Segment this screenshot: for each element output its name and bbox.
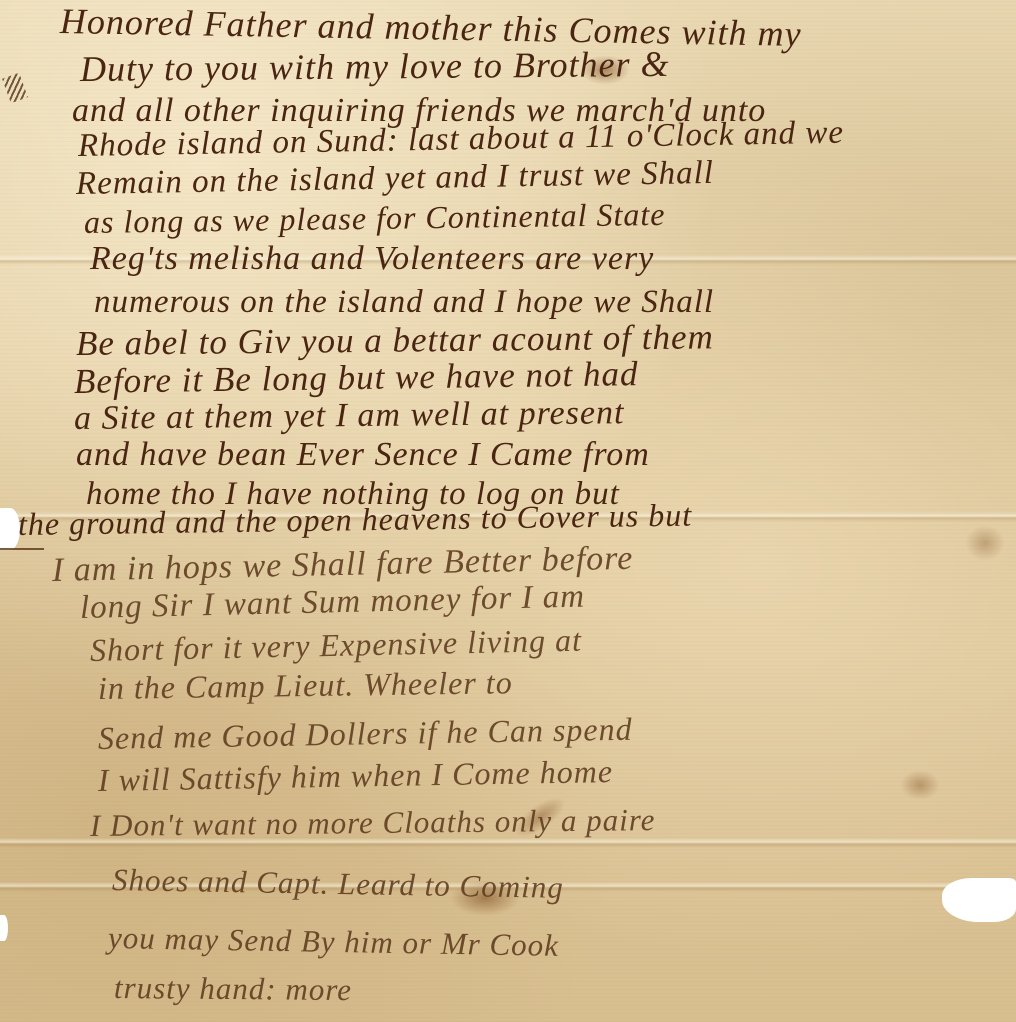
letter-line-18: in the Camp Lieut. Wheeler to bbox=[98, 664, 513, 707]
letter-line-20: I will Sattisfy him when I Come home bbox=[98, 753, 614, 799]
torn-edge bbox=[0, 915, 8, 941]
letter-line-22: Shoes and Capt. Leard to Coming bbox=[112, 862, 564, 906]
letter-line-11: a Site at them yet I am well at present bbox=[74, 394, 625, 438]
torn-hole bbox=[942, 878, 1016, 922]
margin-rule bbox=[0, 548, 44, 550]
letter-line-23: you may Send By him or Mr Cook bbox=[108, 920, 560, 964]
margin-scribble bbox=[2, 73, 28, 104]
letter-line-2: Duty to you with my love to Brother & bbox=[80, 43, 670, 90]
ink-stain bbox=[965, 525, 1005, 561]
letter-line-24: trusty hand: more bbox=[114, 970, 352, 1008]
letter-line-21: I Don't want no more Cloaths only a pair… bbox=[90, 802, 656, 844]
letter-line-17: Short for it very Expensive living at bbox=[90, 622, 583, 669]
letter-line-6: as long as we please for Continental Sta… bbox=[84, 196, 666, 241]
ink-stain bbox=[900, 770, 940, 800]
letter-line-7: Reg'ts melisha and Volenteers are very bbox=[90, 240, 654, 278]
letter-line-8: numerous on the island and I hope we Sha… bbox=[94, 284, 714, 321]
letter-page: Honored Father and mother this Comes wit… bbox=[0, 0, 1016, 1022]
letter-line-19: Send me Good Dollers if he Can spend bbox=[98, 711, 633, 757]
letter-line-12: and have bean Ever Sence I Came from bbox=[76, 436, 650, 474]
